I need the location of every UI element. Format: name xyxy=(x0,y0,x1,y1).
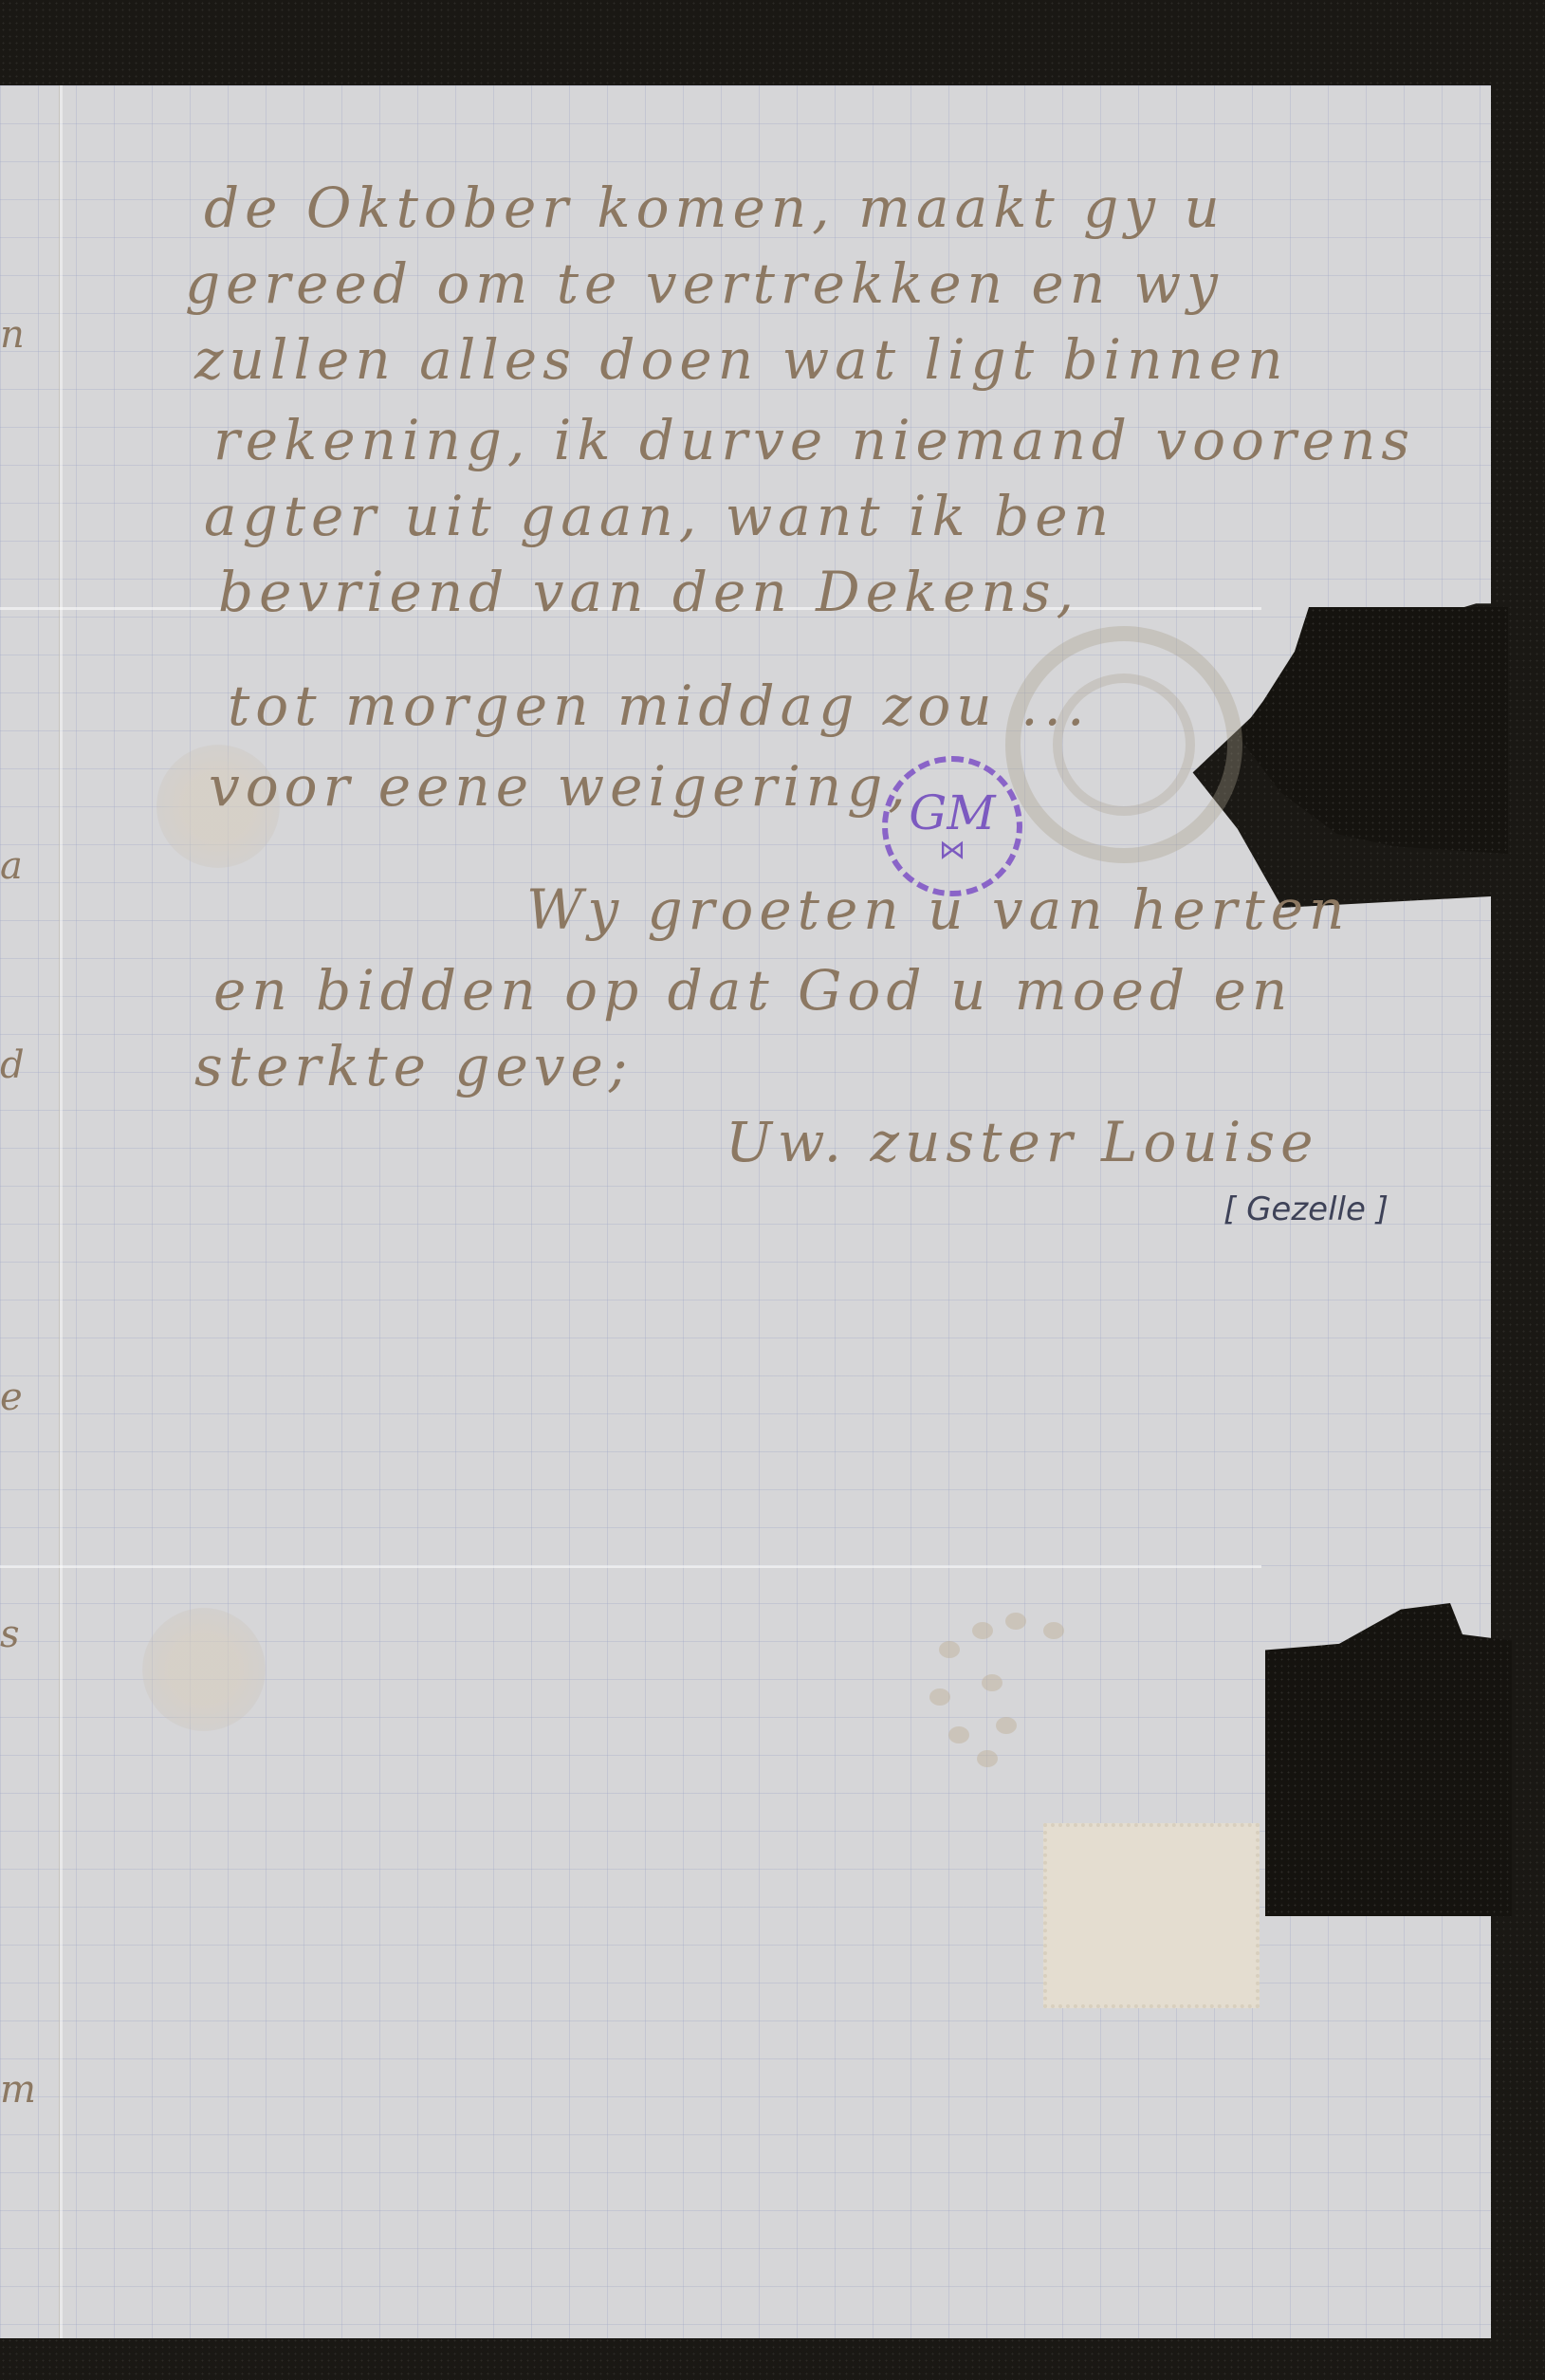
letter-line: en bidden op dat God u moed en xyxy=(213,958,1293,1023)
letter-line: tot morgen middag zou ... xyxy=(228,673,1090,738)
letter-line: Wy groeten u van herten xyxy=(526,877,1350,942)
letter-line: agter uit gaan, want ik ben xyxy=(204,484,1114,548)
margin-fragment: a xyxy=(0,844,23,888)
letter-line: de Oktober komen, maakt gy u xyxy=(204,175,1225,240)
letter-line: sterkte geve; xyxy=(194,1034,633,1098)
letter-line: zullen alles doen wat ligt binnen xyxy=(194,327,1289,392)
letter-line: rekening, ik durve niemand voorens xyxy=(213,408,1415,472)
horizontal-fold xyxy=(0,1565,1261,1568)
bow-icon: ⋈ xyxy=(939,837,966,863)
margin-fragment: n xyxy=(0,313,25,357)
wax-seal-mark xyxy=(142,1608,266,1731)
vertical-fold xyxy=(59,85,63,2338)
margin-fragment: d xyxy=(0,1043,25,1087)
margin-fragment: s xyxy=(0,1613,20,1656)
letter-line: voor eene weigering, xyxy=(209,754,911,819)
stamp-monogram: GM xyxy=(909,789,995,837)
archival-annotation: [ Gezelle ] xyxy=(1223,1190,1389,1228)
postage-stamp-remnant xyxy=(1043,1823,1260,2008)
torn-edge-lower xyxy=(1265,1603,1512,1916)
signature: Uw. zuster Louise xyxy=(726,1110,1318,1174)
margin-fragment: m xyxy=(0,2068,36,2112)
letter-line: gereed om te vertrekken en wy xyxy=(185,251,1223,316)
margin-fragment: e xyxy=(0,1375,23,1419)
letter-line: bevriend van den Dekens, xyxy=(218,560,1079,624)
dotted-postmark xyxy=(920,1603,1072,1764)
